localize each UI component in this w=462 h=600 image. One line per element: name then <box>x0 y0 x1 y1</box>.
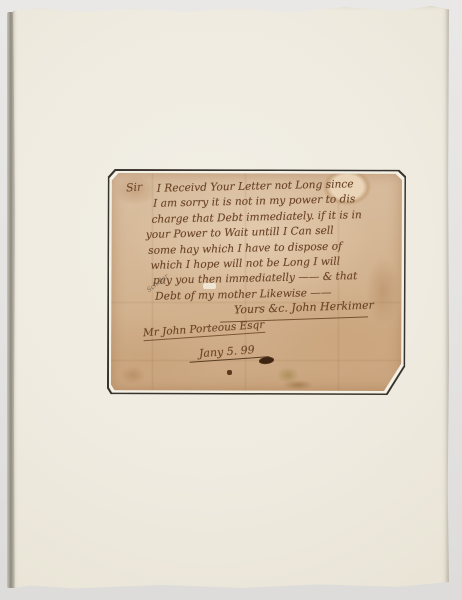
photo-backdrop: Sir I Receivd Your Letter not Long since… <box>0 0 462 600</box>
addressee-line: Mr John Porteous Esqr <box>143 319 265 341</box>
stain <box>120 366 146 384</box>
fold-crease <box>111 360 402 361</box>
stain <box>283 380 313 390</box>
ink-frame-border: Sir I Receivd Your Letter not Long since… <box>107 169 406 395</box>
stain <box>277 367 299 383</box>
album-page: Sir I Receivd Your Letter not Long since… <box>13 3 449 595</box>
salutation: Sir <box>126 180 143 194</box>
ink-speck <box>227 370 232 375</box>
letter-body: I Receivd Your Letter not Long since I a… <box>157 176 396 305</box>
letter-document: Sir I Receivd Your Letter not Long since… <box>111 173 402 391</box>
